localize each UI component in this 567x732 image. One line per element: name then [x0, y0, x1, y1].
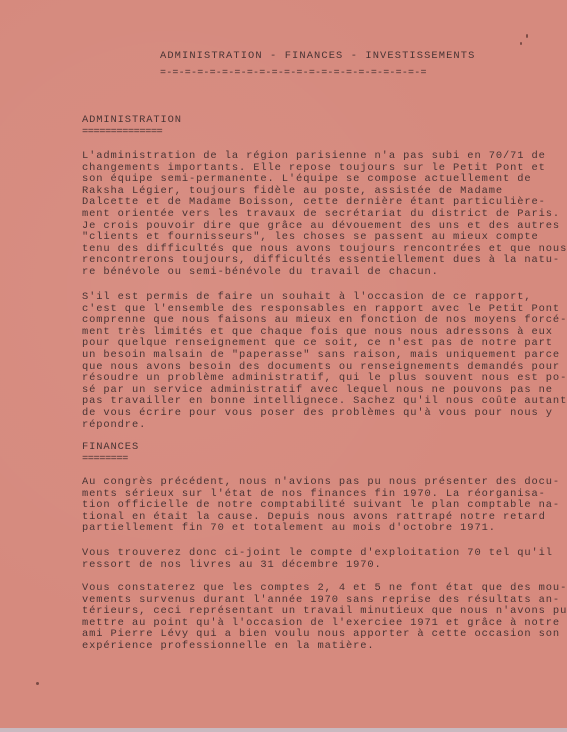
paragraph-finances-1: Au congrès précédent, nous n'avions pas …: [82, 477, 560, 535]
title-underline: =-=-=-=-=-=-=-=-=-=-=-=-=-=-=-=-=-=-=-=-…: [160, 68, 427, 79]
section-heading-finances: FINANCES: [82, 441, 139, 453]
typewritten-page: ADMINISTRATION - FINANCES - INVESTISSEME…: [0, 0, 567, 728]
page-title: ADMINISTRATION - FINANCES - INVESTISSEME…: [160, 50, 475, 62]
paragraph-finances-2: Vous trouverez donc ci-joint le compte d…: [82, 548, 553, 571]
paragraph-administration-1: L'administration de la région parisienne…: [82, 151, 567, 279]
paper-speck: [526, 34, 528, 38]
paragraph-administration-2: S'il est permis de faire un souhait à l'…: [82, 292, 567, 431]
paper-speck: [36, 682, 39, 685]
section-underline-administration: ==============: [82, 126, 162, 138]
paragraph-finances-3: Vous constaterez que les comptes 2, 4 et…: [82, 583, 567, 653]
section-heading-administration: ADMINISTRATION: [82, 114, 182, 126]
paper-speck: [520, 42, 522, 45]
section-underline-finances: ========: [82, 453, 128, 465]
scan-edge: [0, 728, 567, 732]
